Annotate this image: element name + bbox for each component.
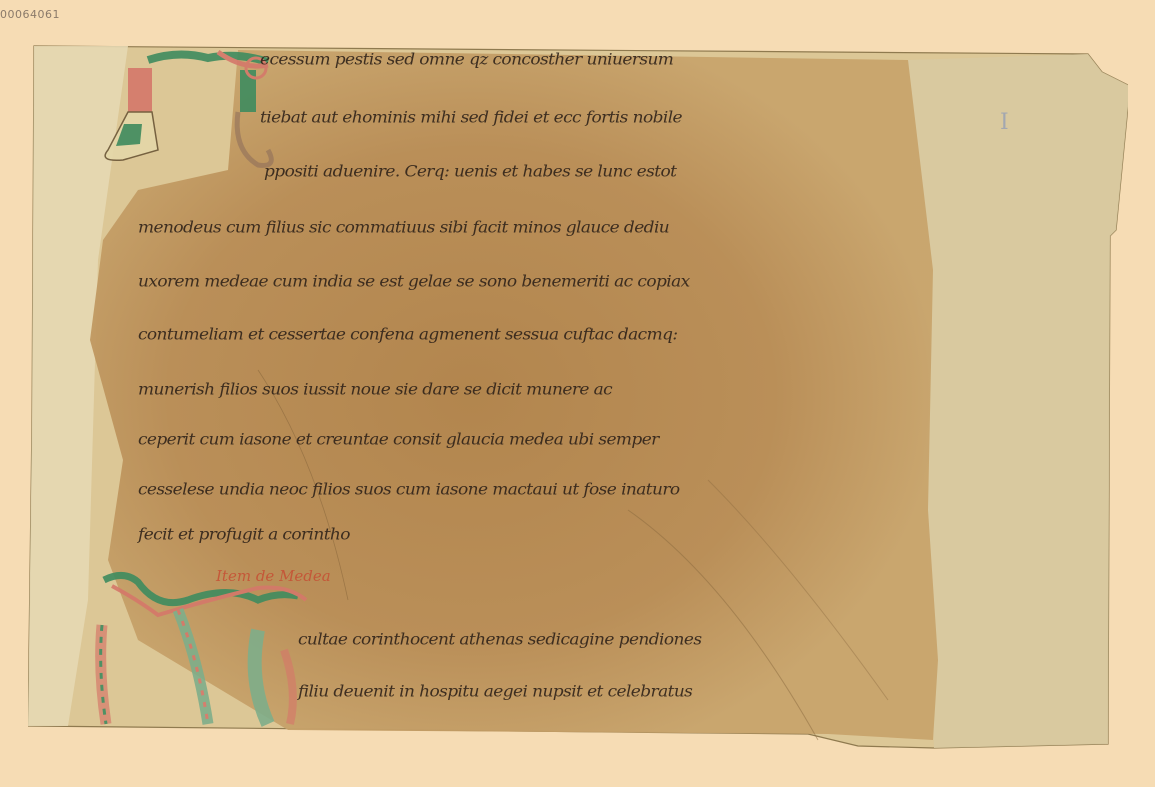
text-line: tiebat aut ehominis mihi sed fidei et ec…	[260, 109, 682, 127]
text-line: cesselese undia neoc filios suos cum ias…	[138, 481, 680, 499]
text-line: ceperit cum iasone et creuntae consit gl…	[138, 431, 659, 449]
folio-mark: I	[1000, 110, 1009, 135]
text-line: munerish filios suos iussit noue sie dar…	[138, 381, 612, 399]
text-line: fecit et profugit a corintho	[138, 526, 350, 544]
text-line: ppositi aduenire. Cerq: uenis et habes s…	[264, 163, 676, 181]
text-line: cultae corinthocent athenas sedicagine p…	[298, 631, 701, 649]
text-line: ecessum pestis sed omne qz concosther un…	[260, 51, 673, 69]
text-line: filiu deuenit in hospitu aegei nupsit et…	[298, 683, 692, 701]
manuscript-text: I ecessum pestis sed omne qz concosther …	[28, 40, 1128, 752]
text-line: menodeus cum filius sic commatiuus sibi …	[138, 219, 669, 237]
text-line: contumeliam et cessertae confena agmenen…	[138, 326, 678, 344]
rubric-heading: Item de Medea	[216, 567, 331, 585]
manuscript-fragment: I ecessum pestis sed omne qz concosther …	[28, 40, 1128, 752]
text-line: uxorem medeae cum india se est gelae se …	[138, 273, 690, 291]
catalog-id: 00064061	[0, 8, 60, 21]
